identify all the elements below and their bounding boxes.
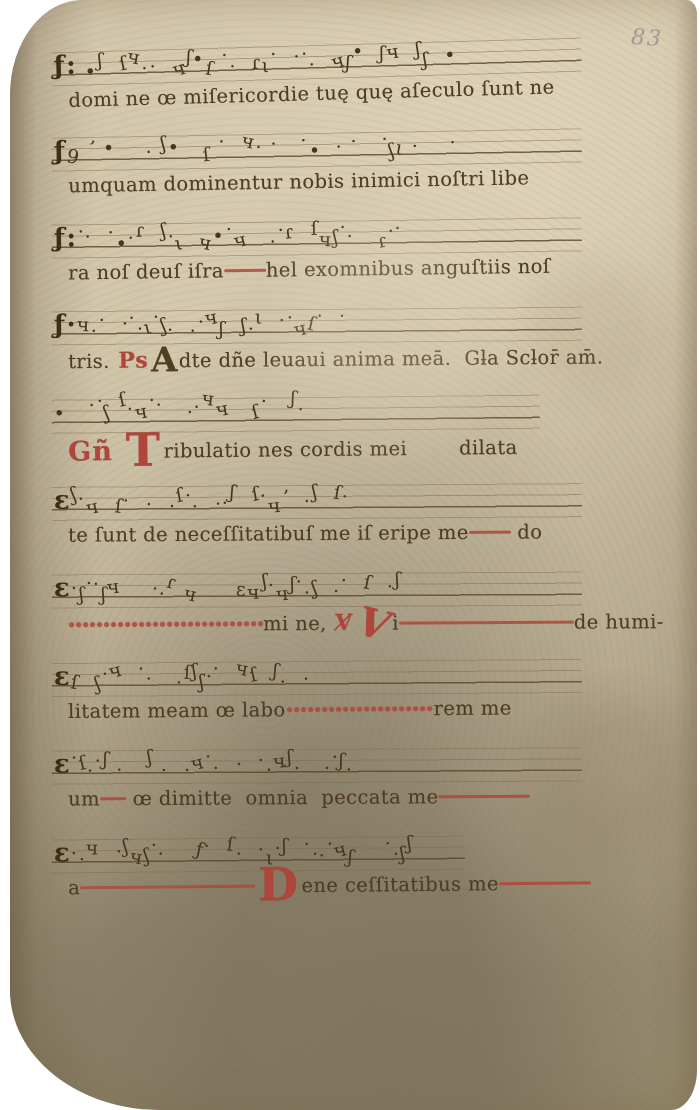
- lyric-text: dte dñe leuaui anima meā.: [179, 347, 465, 372]
- neume-glyphs: • ··ʃ ſ·ч·· ··чч ſ· ʃ·: [54, 396, 306, 421]
- lyric-text: ene ceſſitatibus me: [301, 872, 499, 897]
- neume-row: ƒ: •ʃ ſч·· чʃ•ſ ·· ɾι· ··· чʃ• ʃч ʃʃ •: [53, 40, 457, 81]
- lyric-text: tris.: [68, 350, 116, 373]
- red-filler-chain: [286, 705, 434, 713]
- music-system: ƒ·ч·· ···ι·ʃ· ··чʃ ʃ·ι ··чſ· ·tris. PsAd…: [52, 298, 583, 391]
- music-system: ƒ9 ʼ • · ʃ• ſ · ч· · ·• · · ·ʃι · ·umqua…: [51, 119, 582, 216]
- lyric-text: ribulatio nes cordis mei: [163, 437, 407, 463]
- neume-row: ƒ9 ʼ • · ʃ• ſ · ч· · ·• · · ·ʃι · ·: [53, 130, 457, 167]
- lyric-text: litatem meam œ labo: [68, 698, 286, 723]
- red-abbreviation-mark: Ps: [116, 347, 150, 373]
- neume-glyphs: ·· ·•·ɾ ʃ·ι ч•·ч ··ɾ ſчʃ·· ɾ··: [77, 225, 402, 252]
- neume-glyphs: 9 ʼ • · ʃ• ſ · ч· · ·• · · ·ʃι · ·: [66, 136, 457, 165]
- systems: ƒ: •ʃ ſч·· чʃ•ſ ·· ɾι· ··· чʃ• ʃч ʃʃ •do…: [52, 36, 582, 916]
- neume-glyphs: ·ſ··ʃ . ʃ · ·ч·· · ··чʃ· ··ʃ·: [71, 754, 353, 778]
- lyric-line: um œ dimitte omnia peccata me: [52, 784, 582, 810]
- lyric-text: um: [68, 787, 100, 810]
- lyric-text: œ dimitte omnia peccata me: [126, 785, 439, 810]
- neume-row: ɛ··ч ·ʃчʃ·· ƒ· ſ· ·ι·ʃ ····чʃ ··ʃʃ: [54, 835, 414, 868]
- neume-glyphs: ʃ·ч ſ· · ·ſ·· ··ʃ ſ·чʼ ·ʃ ſ·: [71, 490, 350, 514]
- lyric-line: aDene ceſſitatibus me: [52, 871, 582, 899]
- neume-row: ɛ·ʃ··ʃч ··ɾ ч ɛчʃ·чʃ··ʃ ·· ſ ·ʃ: [54, 572, 402, 604]
- clef-mark: ɛ: [54, 838, 72, 868]
- lyric-text: do: [511, 520, 543, 543]
- lyric-text: a: [68, 876, 80, 899]
- neume-glyphs: •ʃ ſч·· чʃ•ſ ·· ɾι· ··· чʃ• ʃч ʃʃ •: [77, 46, 457, 79]
- music-system: ɛʃ·ч ſ· · ·ſ·· ··ʃ ſ·чʼ ·ʃ ſ·te ſunt de …: [52, 474, 583, 566]
- neume-row: ɛʃ·ч ſ· · ·ſ·· ··ʃ ſ·чʼ ·ʃ ſ·: [54, 484, 350, 516]
- clef-mark: ƒ:: [53, 51, 78, 82]
- music-system: ɛ·ſ··ʃ . ʃ · ·ч·· · ··чʃ· ··ʃ·um œ dimit…: [52, 738, 583, 829]
- neume-row: • ··ʃ ſ·ч·· ··чч ſ· ʃ·: [54, 396, 306, 421]
- neume-glyphs: ··ч ·ʃчʃ·· ƒ· ſ· ·ι·ʃ ····чʃ ··ʃʃ: [71, 841, 413, 866]
- lyric-text: mi ne,: [263, 612, 333, 635]
- music-system: ɛſ ʃ·ч ·· ·ſʃʃ·· чſ ʃ· ·litatem meam œ l…: [52, 650, 583, 742]
- clef-mark: ɛ: [54, 486, 72, 516]
- rubric-label: Gñ: [68, 436, 123, 468]
- red-filler-line: [439, 795, 531, 799]
- red-filler-line: [100, 797, 126, 800]
- lyric-line: mi ne, V̸Vide humi-: [52, 609, 582, 638]
- lyric-text: i: [392, 612, 399, 635]
- neume-glyphs: ч·· ···ι·ʃ· ··чʃ ʃ·ι ··чſ· ·: [77, 314, 347, 338]
- red-filler-chain: [68, 620, 263, 628]
- music-system: ƒ:·· ·•·ɾ ʃ·ι ч•·ч ··ɾ ſчʃ·· ɾ··ra noſ d…: [51, 208, 582, 303]
- lyric-line: tris. PsAdte dñe leuaui anima meā. Gƚa S…: [52, 344, 582, 375]
- text-gap: [407, 455, 459, 456]
- clef-mark: ɛ: [54, 662, 72, 692]
- parchment-page: 83 ƒ: •ʃ ſч·· чʃ•ſ ·· ɾι· ··· чʃ• ʃч ʃʃ …: [10, 0, 697, 1110]
- red-filler-line: [80, 885, 255, 890]
- neume-row: ƒ:·· ·•·ɾ ʃ·ι ч•·ч ··ɾ ſчʃ·· ɾ··: [54, 219, 403, 254]
- red-abbreviation-mark: V̸: [333, 610, 355, 636]
- neume-row: ƒ·ч·· ···ι·ʃ· ··чʃ ʃ·ι ··чſ· ·: [54, 308, 347, 341]
- neume-row: ɛſ ʃ·ч ·· ·ſʃʃ·· чſ ʃ· ·: [54, 660, 310, 692]
- red-filler-line: [399, 621, 574, 625]
- clef-mark: ɛ: [54, 573, 71, 603]
- red-filler-line: [499, 881, 591, 885]
- music-system: ɛ··ч ·ʃчʃ·· ƒ· ſ· ·ι·ʃ ····чʃ ··ʃʃaDene …: [52, 825, 583, 918]
- lyric-text: dilata: [459, 436, 518, 460]
- neume-glyphs: ſ ʃ·ч ·· ·ſʃʃ·· чſ ʃ· ·: [71, 666, 310, 690]
- music-system: ɛ·ʃ··ʃч ··ɾ ч ɛчʃ·чʃ··ʃ ·· ſ ·ʃmi ne, V̸…: [52, 563, 582, 654]
- lyric-line: te ſunt de neceſſitatibuſ me iſ eripe me…: [52, 520, 582, 547]
- neume-glyphs: ·ʃ··ʃч ··ɾ ч ɛчʃ·чʃ··ʃ ·· ſ ·ʃ: [71, 578, 401, 602]
- music-system: ƒ: •ʃ ſч·· чʃ•ſ ·· ɾι· ··· чʃ• ʃч ʃʃ •do…: [51, 29, 583, 132]
- lyric-text: rem me: [434, 696, 512, 720]
- clef-mark: ƒ:: [54, 223, 78, 253]
- lyric-line: GñTribulatio nes cordis meidilata: [52, 431, 582, 468]
- lyric-text: te ſunt de neceſſitatibuſ me iſ eripe me: [68, 521, 469, 547]
- red-filler-line: [224, 269, 266, 273]
- folio-number: 83: [630, 25, 664, 52]
- lyric-text: ra noſ deuſ iſra: [68, 259, 224, 284]
- lyric-text: Gƚa Scƚor̄ am̄.: [464, 346, 603, 370]
- red-initial: V: [355, 620, 391, 629]
- manuscript-photo: { "page": { "folio_number": "83", "descr…: [0, 0, 700, 1110]
- clef-mark: ƒ·: [54, 310, 78, 340]
- music-system: • ··ʃ ſ·ч·· ··чч ſ· ʃ·GñTribulatio nes c…: [52, 385, 583, 479]
- lyric-text: de humi-: [574, 610, 664, 633]
- neume-row: ɛ·ſ··ʃ . ʃ · ·ч·· · ··чʃ· ··ʃ·: [54, 748, 354, 780]
- lyric-text: hel exomnibus anguſtiis noſ: [266, 255, 551, 282]
- lyric-line: litatem meam œ laborem me: [52, 696, 582, 723]
- red-filler-line: [469, 531, 511, 534]
